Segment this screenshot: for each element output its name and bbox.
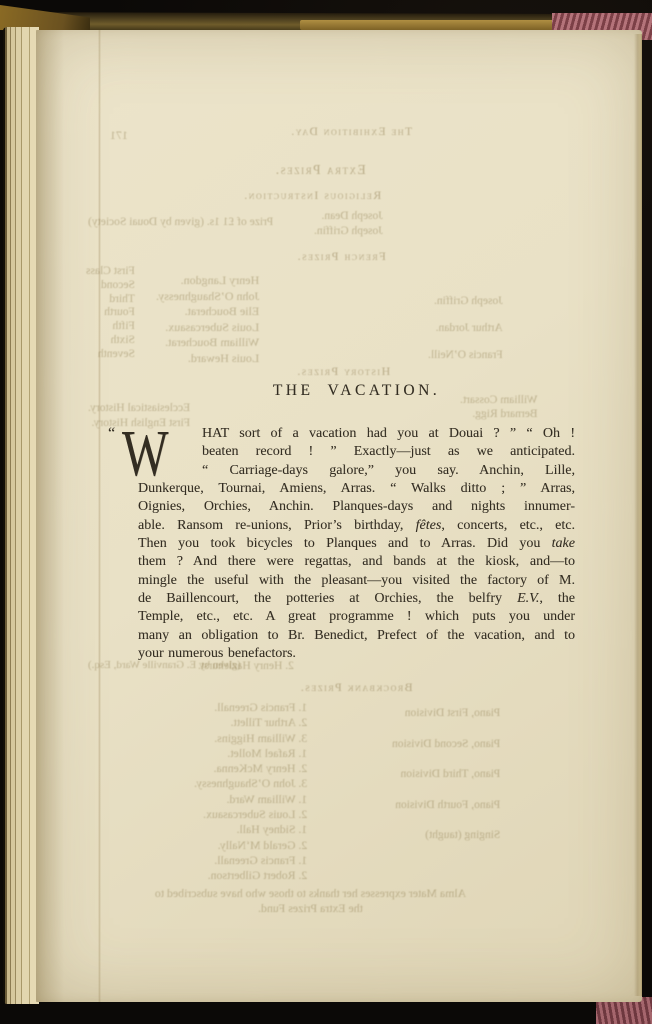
line-text: Dunkerque, Tournai, Amiens, Arras. “ Wal…: [138, 481, 575, 496]
paragraph-line: Then you took bicycles to Planques and t…: [138, 535, 575, 553]
line-text-italic: take: [552, 536, 575, 551]
line-text: de Baillencourt, the potteries at Orchie…: [138, 591, 517, 606]
page-title: THE VACATION.: [138, 382, 575, 400]
book-scan-background: 171 The Exhibition Day. Extra Prizes. Re…: [0, 0, 652, 1024]
paragraph-line: de Baillencourt, the potteries at Orchie…: [138, 590, 575, 608]
line-text: , the: [539, 591, 575, 606]
line-text: mingle the useful with the pleasant—you …: [138, 573, 575, 588]
paragraph: “W HAT sort of a vacation had you at Dou…: [138, 425, 575, 663]
paragraph-line: Temple, etc., etc. A great programme ! w…: [138, 608, 575, 626]
line-text: many an obligation to Br. Benedict, Pref…: [138, 628, 575, 643]
opening-quote-mark: “: [108, 425, 115, 443]
paragraph-line: beaten record ! ” Exactly—just as we ant…: [138, 443, 575, 461]
line-text-italic: fêtes: [416, 518, 442, 533]
line-text: HAT sort of a vacation had you at Douai …: [202, 426, 575, 441]
line-text: beaten record ! ” Exactly—just as we ant…: [202, 444, 575, 459]
paragraph-line: HAT sort of a vacation had you at Douai …: [138, 425, 575, 443]
paragraph-line: “ Carriage-days galore,” you say. Anchin…: [138, 462, 575, 480]
paragraph-line: able. Ransom re-unions, Prior’s birthday…: [138, 517, 575, 535]
line-text: , concerts, etc., etc.: [441, 518, 575, 533]
line-text: them ? And there were regattas, and band…: [138, 554, 575, 569]
paragraph-line: them ? And there were regattas, and band…: [138, 553, 575, 571]
printed-content: THE VACATION. “W HAT sort of a vacation …: [36, 30, 642, 1002]
paragraph-line: Dunkerque, Tournai, Amiens, Arras. “ Wal…: [138, 480, 575, 498]
line-text: Then you took bicycles to Planques and t…: [138, 536, 552, 551]
line-text: Oignies, Orchies, Anchin. Planques-days …: [138, 499, 575, 514]
book-page: 171 The Exhibition Day. Extra Prizes. Re…: [36, 30, 642, 1002]
drop-cap: “W: [108, 424, 177, 476]
paragraph-line: your numerous benefactors.: [138, 645, 575, 663]
paragraph-line: Oignies, Orchies, Anchin. Planques-days …: [138, 498, 575, 516]
line-text-italic: E.V.: [517, 591, 539, 606]
stacked-page-edges-left: [3, 27, 39, 1004]
line-text: “ Carriage-days galore,” you say. Anchin…: [202, 463, 575, 478]
book-binding-gilt-highlight: [300, 20, 556, 30]
drop-cap-letter: W: [122, 426, 169, 481]
paragraph-line: many an obligation to Br. Benedict, Pref…: [138, 627, 575, 645]
line-text: Temple, etc., etc. A great programme ! w…: [138, 609, 575, 624]
line-text: able. Ransom re-unions, Prior’s birthday…: [138, 518, 416, 533]
paragraph-line: mingle the useful with the pleasant—you …: [138, 572, 575, 590]
line-text: your numerous benefactors.: [138, 646, 296, 661]
